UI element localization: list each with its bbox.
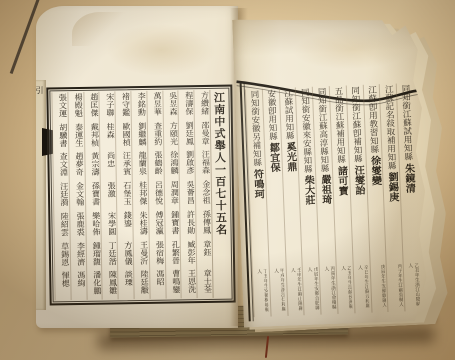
- roster-heading: 江南中式舉人一百七十五名: [209, 90, 230, 298]
- examinee-name: 泰運生: [69, 122, 84, 152]
- examinee-name: 臧彭年: [181, 239, 196, 269]
- examinee-name: 傅冠瀛: [149, 210, 164, 240]
- examinee-name: 李經濟: [71, 240, 86, 270]
- examinee-name: 呂德悅: [149, 180, 164, 210]
- examinee-name: 丁廷湝: [102, 240, 117, 270]
- examinee-name: 龍蘭泉: [132, 150, 147, 180]
- examinee-name: 尚忠: [101, 151, 116, 181]
- examinee-name: 金念祖: [196, 179, 211, 209]
- examinee-name: 程濤保: [179, 90, 194, 120]
- examinee-name: 方纘緒: [195, 90, 210, 120]
- examinee-name: 石堡玉: [117, 180, 132, 210]
- examinee-name: 戴邦楨: [84, 121, 99, 151]
- paper-stain: [106, 24, 216, 76]
- examinee-name: 邵曼章: [195, 120, 210, 150]
- official-note: 甲戌年生浙江仁和縣人: [271, 268, 286, 314]
- examinee-name: 歐國楨: [116, 121, 131, 151]
- examinee-name: 方頤光: [163, 120, 178, 150]
- examinee-name: 張鹿裘: [70, 211, 85, 241]
- examinee-name: 宋學圓: [102, 210, 117, 240]
- official-name: 汪燮詒: [352, 164, 364, 194]
- official-name: 嚴祖琦: [319, 174, 331, 204]
- examinee-name: 章鈺: [197, 238, 212, 268]
- examinee-name: 錢鎏: [117, 210, 132, 240]
- examinee-name: 王曼沂: [134, 239, 149, 269]
- examinee-name: 楊殿魁: [68, 92, 83, 122]
- examinee-name: 王恩洗: [182, 268, 197, 298]
- examinee-name: 孫寶書: [85, 181, 100, 211]
- examinee-name: 孔繁晉: [165, 239, 180, 269]
- official-title: 江蘇記名敍取補用知縣: [383, 84, 396, 170]
- examinee-name: 陳鳳雛: [103, 270, 118, 300]
- official-note: 丁丑年生安徽桐城縣人: [254, 269, 269, 315]
- official-note: 庚辰年生安徽歙縣人: [372, 264, 387, 310]
- examinee-name: 張激: [101, 181, 116, 211]
- previous-page-sliver: [36, 80, 46, 310]
- examinee-name: 張文運: [52, 92, 67, 122]
- examinee-name: 章士荃: [197, 268, 212, 298]
- examinee-name: 胡驥書: [53, 122, 68, 152]
- paper-stain: [293, 27, 414, 72]
- column-spacer: [342, 195, 345, 265]
- official-name: 奚光鼎: [284, 141, 296, 171]
- examinee-name: 汪承賓: [117, 151, 132, 181]
- examinee-name: 宋子聯: [100, 91, 115, 121]
- official-note: 辛巳年生江蘇元和縣人: [355, 265, 370, 311]
- examinee-name: 查文淵: [53, 152, 68, 182]
- examinee-name: 汪廷漪: [54, 181, 69, 211]
- examinee-name: 談瑮: [118, 269, 133, 299]
- official-name: 朱鏡清: [402, 162, 414, 192]
- column-spacer: [325, 204, 327, 266]
- left-frame-inner: 江南中式舉人一百七十五名 方纘緒邵曼章汪福森金念祖孫傳鳳章鈺章士荃程濤保劉廷鳳劉…: [51, 90, 230, 301]
- column-spacer: [359, 195, 362, 265]
- examinee-name: 潘化鵬: [87, 270, 102, 300]
- sliver-glyph: 引: [36, 86, 45, 94]
- official-title: 同知銜江蘇卽補知縣: [349, 85, 362, 163]
- official-name: 劉錫庚: [386, 172, 398, 202]
- official-note: 丙寅年生浙江會稽縣人: [321, 266, 336, 312]
- examinee-name: 張宿梅: [150, 239, 165, 269]
- examinee-name: 曹鳴鑾: [166, 269, 181, 299]
- official-note: 乙丑年生江蘇長洲縣人: [338, 265, 353, 311]
- examinee-name: 吳薈昌: [180, 179, 195, 209]
- column-spacer: [393, 202, 395, 264]
- examinee-name: 陸廷黻: [134, 269, 149, 299]
- column-spacer: [309, 205, 311, 267]
- official-title: 同知銜江蘇高淳縣知縣: [316, 86, 329, 172]
- left-page: 引 江南中式舉人一百七十五名 方纘緒邵曼章汪福森金念祖孫傳鳳章鈺章士荃程濤保劉廷…: [36, 6, 238, 328]
- column-spacer: [274, 172, 278, 268]
- column-spacer: [258, 198, 261, 268]
- official-title: 同知銜安徽另補知縣: [249, 89, 262, 167]
- examinee-name: 汪福森: [195, 149, 210, 179]
- examinee-name: 許長勛: [181, 209, 196, 239]
- official-note: 戊辰年生安徽合肥縣人: [305, 267, 320, 313]
- examinee-name: 方鳳儀: [118, 240, 133, 270]
- examinee-name: 劉廷鳳: [179, 120, 194, 150]
- examinee-name: 金文翰: [70, 181, 85, 211]
- official-title: 同知銜安徽來安縣知縣: [299, 87, 312, 173]
- official-title: 江蘇試用知縣: [282, 88, 294, 140]
- official-title: 同知銜江蘇試用知縣: [400, 83, 413, 161]
- left-text-frame: 江南中式舉人一百七十五名 方纘緒邵曼章汪福森金念祖孫傳鳳章鈺章士荃程濤保劉廷鳳劉…: [46, 85, 235, 306]
- official-title: 江蘇卽用教習知縣: [366, 84, 379, 153]
- official-name: 諸可寶: [335, 165, 347, 195]
- examinee-name: 鍾瑠馥: [86, 240, 101, 270]
- examinee-name: 查重約: [148, 120, 163, 150]
- official-note: 丙子年生江蘇吳縣人: [388, 263, 403, 309]
- column-spacer: [291, 172, 295, 268]
- photo-open-antique-book: 引 江南中式舉人一百七十五名 方纘緒邵曼章汪福森金念祖孫傳鳳章鈺章士荃程濤保劉廷…: [0, 0, 455, 360]
- official-title: 安徽卽用知縣: [266, 88, 278, 140]
- examinee-name: 劉繼麟: [132, 121, 147, 151]
- examinee-name: 劉啟彥: [180, 150, 195, 180]
- examinee-name: 趙夢奇: [69, 151, 84, 181]
- examinee-name: 樂哈佈: [86, 211, 101, 241]
- official-title: 五品銜江蘇補用知縣: [333, 86, 346, 164]
- official-name: 符鳴珂: [251, 168, 263, 198]
- examinee-name: 桂邦傑: [133, 180, 148, 210]
- column-spacer: [409, 193, 412, 263]
- officials-columns: 同知銜江蘇試用知縣朱鏡清乙丑年生浙江山陰縣人江蘇記名敍取補用知縣劉錫庚丙子年生江…: [245, 83, 422, 317]
- examinee-name: 陸紹雲: [54, 211, 69, 241]
- examinee-name: 吳昱森: [163, 90, 178, 120]
- examinee-name: 周潤章: [164, 180, 179, 210]
- column-spacer: [375, 185, 378, 264]
- examinee-name: 馮昭: [150, 269, 165, 299]
- examinee-name: 馮絢: [71, 270, 86, 300]
- right-page: 同年齒錄 同知銜江蘇試用知縣朱鏡清乙丑年生浙江山陰縣人江蘇記名敍取補用知縣劉錫庚…: [232, 12, 436, 327]
- examinee-name: 趙匡傑: [84, 92, 99, 122]
- official-name: 徐燮變: [368, 155, 380, 185]
- official-note: 乙丑年生浙江山陰縣人: [405, 263, 420, 309]
- examinee-name: 孫傳鳳: [196, 209, 211, 239]
- examinee-name: 惲楒: [55, 270, 70, 300]
- examinee-name: 張鶴齡: [148, 150, 163, 180]
- examinee-name: 草錫恩: [55, 241, 70, 271]
- examinee-grid: 方纘緒邵曼章汪福森金念祖孫傳鳳章鈺章士荃程濤保劉廷鳳劉啟彥吳薈昌許長勛臧彭年王恩…: [51, 90, 212, 300]
- official-note: 壬申年生江蘇山陽縣人: [288, 267, 303, 313]
- examinee-name: 桂森: [100, 121, 115, 151]
- examinee-name: 萬昱華: [147, 91, 162, 121]
- official-name: 鄒宜保: [267, 142, 279, 172]
- examinee-name: 李銘勳: [131, 91, 146, 121]
- examinee-name: 朱桂濤: [133, 210, 148, 240]
- examinee-name: 黃宗濤: [85, 151, 100, 181]
- examinee-name: 褚守鑑: [116, 91, 131, 121]
- examinee-name: 徐鴻麟: [164, 150, 179, 180]
- official-name: 柴大莊: [302, 175, 314, 205]
- examinee-name: 鍾寶書: [165, 209, 180, 239]
